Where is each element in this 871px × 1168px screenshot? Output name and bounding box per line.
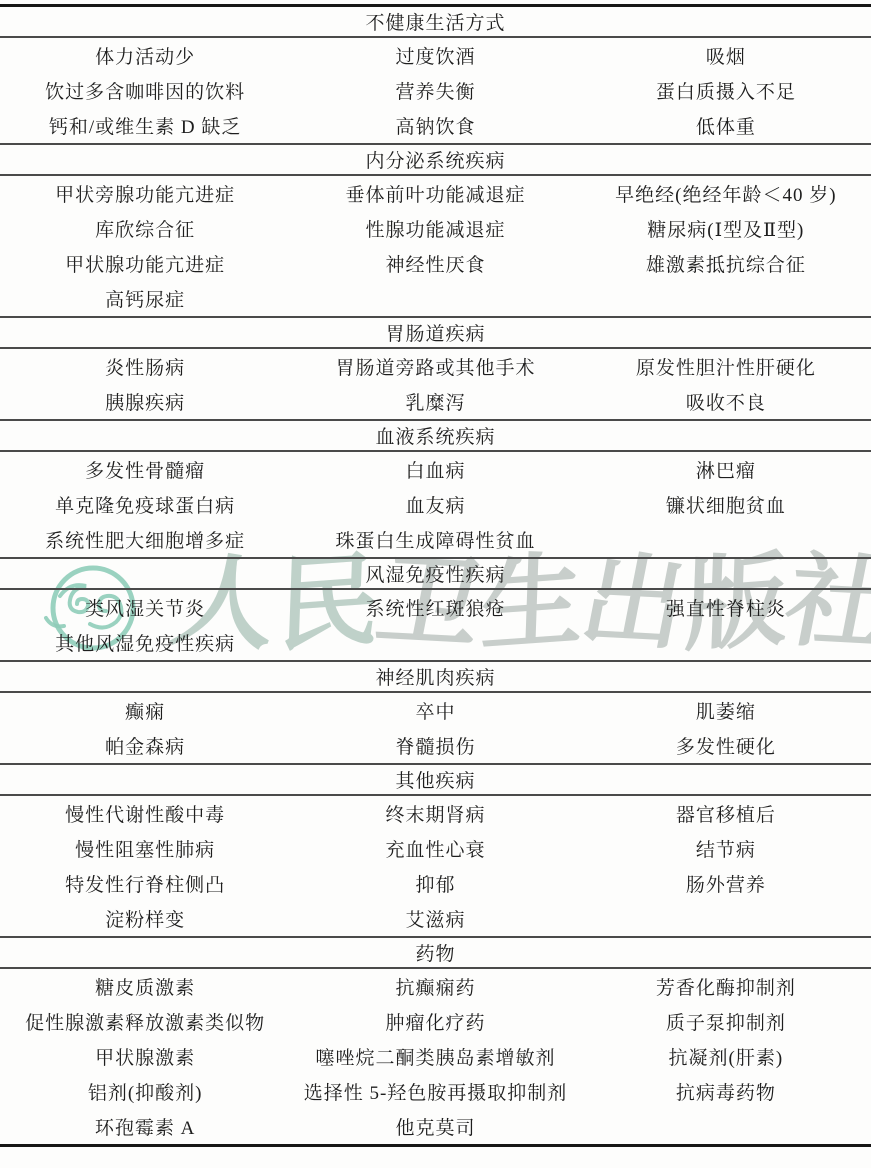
table-cell: 早绝经(绝经年龄＜40 岁) bbox=[581, 176, 871, 211]
table-cell: 体力活动少 bbox=[0, 38, 290, 73]
section-header: 血液系统疾病 bbox=[0, 421, 871, 450]
table-cell: 环孢霉素 A bbox=[0, 1109, 290, 1144]
table-cell: 多发性硬化 bbox=[581, 728, 871, 763]
table-cell: 其他风湿免疫性疾病 bbox=[0, 625, 290, 660]
table-cell: 血友病 bbox=[290, 487, 580, 522]
table-cell: 炎性肠病 bbox=[0, 349, 290, 384]
table-cell: 胰腺疾病 bbox=[0, 384, 290, 419]
table-cell: 单克隆免疫球蛋白病 bbox=[0, 487, 290, 522]
section-header: 风湿免疫性疾病 bbox=[0, 559, 871, 588]
table-cell: 质子泵抑制剂 bbox=[581, 1004, 871, 1039]
table-cell: 结节病 bbox=[581, 831, 871, 866]
table-cell: 糖皮质激素 bbox=[0, 969, 290, 1004]
table-row: 特发性行脊柱侧凸抑郁肠外营养 bbox=[0, 866, 871, 901]
section-header: 胃肠道疾病 bbox=[0, 318, 871, 347]
table-cell: 器官移植后 bbox=[581, 796, 871, 831]
table-cell: 肠外营养 bbox=[581, 866, 871, 901]
table-row: 类风湿关节炎系统性红斑狼疮强直性脊柱炎 bbox=[0, 590, 871, 625]
table-cell: 白血病 bbox=[290, 452, 580, 487]
table-cell: 吸烟 bbox=[581, 38, 871, 73]
table-row: 单克隆免疫球蛋白病血友病镰状细胞贫血 bbox=[0, 487, 871, 522]
table-cell: 淋巴瘤 bbox=[581, 452, 871, 487]
table-row: 甲状旁腺功能亢进症垂体前叶功能减退症早绝经(绝经年龄＜40 岁) bbox=[0, 176, 871, 211]
table-cell: 帕金森病 bbox=[0, 728, 290, 763]
table-row: 癫痫卒中肌萎缩 bbox=[0, 693, 871, 728]
table-row: 淀粉样变艾滋病 bbox=[0, 901, 871, 936]
section-header: 不健康生活方式 bbox=[0, 7, 871, 36]
table-cell: 系统性红斑狼疮 bbox=[290, 590, 580, 625]
table-cell: 甲状腺激素 bbox=[0, 1039, 290, 1074]
table-row: 饮过多含咖啡因的饮料营养失衡蛋白质摄入不足 bbox=[0, 73, 871, 108]
table-row: 铝剂(抑酸剂)选择性 5-羟色胺再摄取抑制剂抗病毒药物 bbox=[0, 1074, 871, 1109]
table-cell: 艾滋病 bbox=[290, 901, 580, 936]
table-cell: 铝剂(抑酸剂) bbox=[0, 1074, 290, 1109]
table-row: 钙和/或维生素 D 缺乏高钠饮食低体重 bbox=[0, 108, 871, 143]
table-cell: 性腺功能减退症 bbox=[290, 211, 580, 246]
table-cell: 神经性厌食 bbox=[290, 246, 580, 281]
table-cell: 垂体前叶功能减退症 bbox=[290, 176, 580, 211]
table-cell: 癫痫 bbox=[0, 693, 290, 728]
table-cell: 糖尿病(Ⅰ型及Ⅱ型) bbox=[581, 211, 871, 246]
table-cell: 吸收不良 bbox=[581, 384, 871, 419]
table-cell: 系统性肥大细胞增多症 bbox=[0, 522, 290, 557]
table-row: 帕金森病脊髓损伤多发性硬化 bbox=[0, 728, 871, 763]
table-cell: 脊髓损伤 bbox=[290, 728, 580, 763]
table-cell: 充血性心衰 bbox=[290, 831, 580, 866]
table-cell: 噻唑烷二酮类胰岛素增敏剂 bbox=[290, 1039, 580, 1074]
table-cell: 肌萎缩 bbox=[581, 693, 871, 728]
table-cell: 卒中 bbox=[290, 693, 580, 728]
table-cell: 原发性胆汁性肝硬化 bbox=[581, 349, 871, 384]
table-row: 甲状腺激素噻唑烷二酮类胰岛素增敏剂抗凝剂(肝素) bbox=[0, 1039, 871, 1074]
table-cell: 强直性脊柱炎 bbox=[581, 590, 871, 625]
table-cell: 类风湿关节炎 bbox=[0, 590, 290, 625]
table-bottom-border bbox=[0, 1144, 871, 1147]
table-cell: 特发性行脊柱侧凸 bbox=[0, 866, 290, 901]
table-row: 糖皮质激素抗癫痫药芳香化酶抑制剂 bbox=[0, 969, 871, 1004]
table-cell: 甲状腺功能亢进症 bbox=[0, 246, 290, 281]
table-cell: 高钙尿症 bbox=[0, 281, 290, 316]
table-cell: 乳糜泻 bbox=[290, 384, 580, 419]
table-row: 体力活动少过度饮酒吸烟 bbox=[0, 38, 871, 73]
table-cell: 高钠饮食 bbox=[290, 108, 580, 143]
table-row: 炎性肠病胃肠道旁路或其他手术原发性胆汁性肝硬化 bbox=[0, 349, 871, 384]
table-cell bbox=[290, 625, 580, 660]
table-cell: 慢性阻塞性肺病 bbox=[0, 831, 290, 866]
section-header: 其他疾病 bbox=[0, 765, 871, 794]
scanned-document-page: 人民卫生出版社 不健康生活方式体力活动少过度饮酒吸烟饮过多含咖啡因的饮料营养失衡… bbox=[0, 0, 871, 1168]
table-cell: 抗癫痫药 bbox=[290, 969, 580, 1004]
table-cell: 蛋白质摄入不足 bbox=[581, 73, 871, 108]
table-cell bbox=[581, 901, 871, 936]
table-cell: 库欣综合征 bbox=[0, 211, 290, 246]
table-cell: 他克莫司 bbox=[290, 1109, 580, 1144]
table-cell: 抑郁 bbox=[290, 866, 580, 901]
risk-factor-table: 不健康生活方式体力活动少过度饮酒吸烟饮过多含咖啡因的饮料营养失衡蛋白质摄入不足钙… bbox=[0, 0, 871, 1147]
table-row: 其他风湿免疫性疾病 bbox=[0, 625, 871, 660]
table-cell bbox=[581, 625, 871, 660]
section-header: 内分泌系统疾病 bbox=[0, 145, 871, 174]
table-cell: 营养失衡 bbox=[290, 73, 580, 108]
table-cell: 低体重 bbox=[581, 108, 871, 143]
table-row: 促性腺激素释放激素类似物肿瘤化疗药质子泵抑制剂 bbox=[0, 1004, 871, 1039]
table-cell: 胃肠道旁路或其他手术 bbox=[290, 349, 580, 384]
table-cell bbox=[581, 522, 871, 557]
table-row: 慢性阻塞性肺病充血性心衰结节病 bbox=[0, 831, 871, 866]
table-cell: 雄激素抵抗综合征 bbox=[581, 246, 871, 281]
table-row: 多发性骨髓瘤白血病淋巴瘤 bbox=[0, 452, 871, 487]
table-cell: 促性腺激素释放激素类似物 bbox=[0, 1004, 290, 1039]
table-cell: 多发性骨髓瘤 bbox=[0, 452, 290, 487]
table-cell: 淀粉样变 bbox=[0, 901, 290, 936]
table-cell: 抗凝剂(肝素) bbox=[581, 1039, 871, 1074]
table-row: 环孢霉素 A他克莫司 bbox=[0, 1109, 871, 1144]
section-header: 神经肌肉疾病 bbox=[0, 662, 871, 691]
table-row: 胰腺疾病乳糜泻吸收不良 bbox=[0, 384, 871, 419]
table-row: 库欣综合征性腺功能减退症糖尿病(Ⅰ型及Ⅱ型) bbox=[0, 211, 871, 246]
table-cell: 甲状旁腺功能亢进症 bbox=[0, 176, 290, 211]
table-cell: 终末期肾病 bbox=[290, 796, 580, 831]
table-cell: 饮过多含咖啡因的饮料 bbox=[0, 73, 290, 108]
table-cell bbox=[290, 281, 580, 316]
table-cell: 钙和/或维生素 D 缺乏 bbox=[0, 108, 290, 143]
table-cell bbox=[581, 281, 871, 316]
table-cell: 慢性代谢性酸中毒 bbox=[0, 796, 290, 831]
table-cell: 肿瘤化疗药 bbox=[290, 1004, 580, 1039]
table-cell: 镰状细胞贫血 bbox=[581, 487, 871, 522]
table-cell: 抗病毒药物 bbox=[581, 1074, 871, 1109]
table-row: 慢性代谢性酸中毒终末期肾病器官移植后 bbox=[0, 796, 871, 831]
section-header: 药物 bbox=[0, 938, 871, 967]
table-cell: 珠蛋白生成障碍性贫血 bbox=[290, 522, 580, 557]
table-cell: 过度饮酒 bbox=[290, 38, 580, 73]
table-row: 系统性肥大细胞增多症珠蛋白生成障碍性贫血 bbox=[0, 522, 871, 557]
table-cell: 芳香化酶抑制剂 bbox=[581, 969, 871, 1004]
table-row: 甲状腺功能亢进症神经性厌食雄激素抵抗综合征 bbox=[0, 246, 871, 281]
table-row: 高钙尿症 bbox=[0, 281, 871, 316]
table-cell: 选择性 5-羟色胺再摄取抑制剂 bbox=[290, 1074, 580, 1109]
table-cell bbox=[581, 1109, 871, 1144]
